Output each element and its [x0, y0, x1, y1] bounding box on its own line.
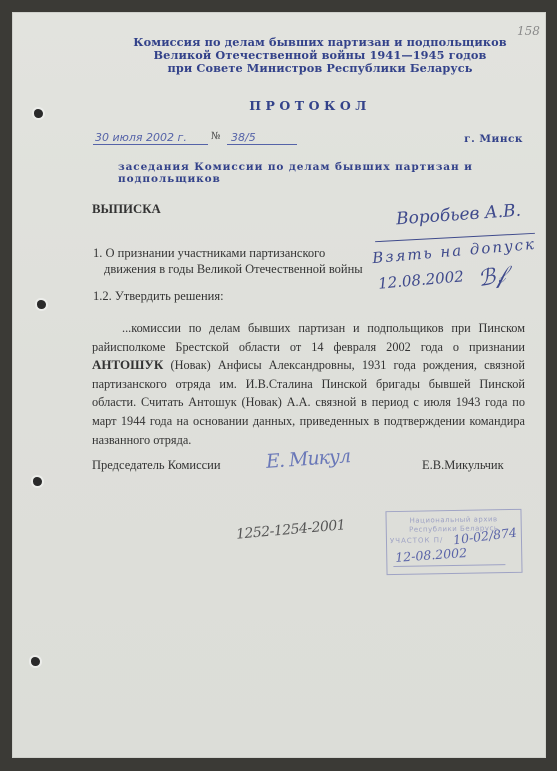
agenda-item-1-2: 1.2. Утвердить решения:	[93, 289, 224, 304]
letterhead: Комиссия по делам бывших партизан и подп…	[100, 36, 540, 75]
date-number-row: 30 июля 2002 г. № 38/5 г. Минск	[93, 131, 523, 147]
chairman-name: Е.В.Микульчик	[422, 458, 504, 473]
punch-hole-icon	[34, 109, 43, 118]
punch-hole-icon	[31, 657, 40, 666]
person-surname: АНТОШУК	[92, 357, 163, 372]
punch-hole-icon	[33, 477, 42, 486]
city: г. Минск	[464, 133, 523, 145]
stamp-line: УЧАСТОК П/	[390, 536, 443, 545]
meeting-subtitle: заседания Комиссии по делам бывших парти…	[118, 161, 557, 185]
resolution-signature: ℬ𝒻	[476, 263, 507, 292]
extract-heading: ВЫПИСКА	[92, 202, 161, 217]
agenda-item-line: 1. О признании участниками партизанского	[93, 245, 393, 261]
archive-stamp: Национальный архив Республики Беларусь У…	[385, 509, 522, 575]
stamp-date: 12-08.2002	[395, 545, 468, 565]
handwritten-date: 30 июля 2002 г.	[93, 131, 208, 145]
number-sign: №	[211, 131, 220, 142]
divider	[393, 564, 505, 567]
protocol-number: 38/5	[227, 131, 297, 145]
resolution-text: ...комиссии по делам бывших партизан и п…	[92, 321, 525, 354]
agenda-item-1: 1. О признании участниками партизанского…	[93, 245, 393, 277]
chairman-label: Председатель Комиссии	[92, 458, 221, 473]
punch-hole-icon	[37, 300, 46, 309]
letterhead-line: при Совете Министров Республики Беларусь	[100, 62, 540, 75]
document-title: ПРОТОКОЛ	[80, 98, 540, 113]
resolution-paragraph: ...комиссии по делам бывших партизан и п…	[92, 319, 525, 449]
agenda-item-line: движения в годы Великой Отечественной во…	[93, 261, 393, 277]
scanned-document: 158 Комиссия по делам бывших партизан и …	[0, 0, 557, 771]
